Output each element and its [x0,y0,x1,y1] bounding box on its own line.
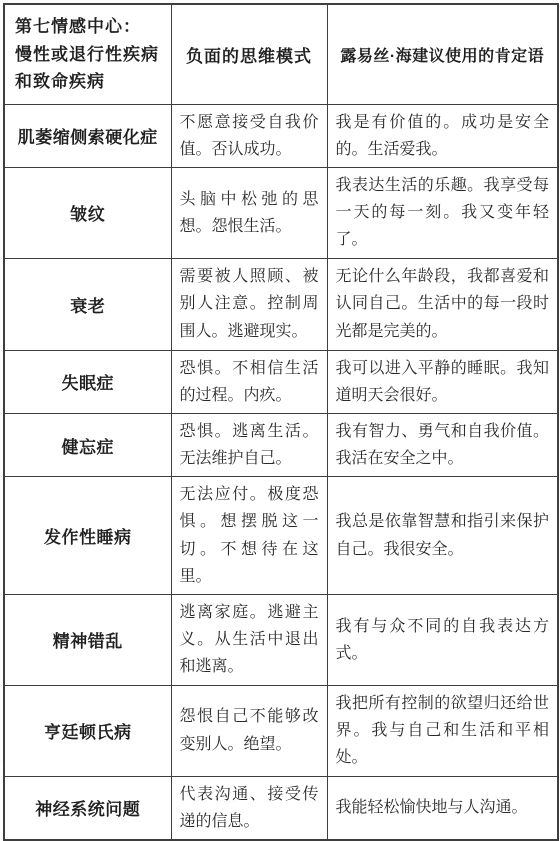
header-cell-emotion-center: 第七情感中心： 慢性或退行性疾病 和致命疾病 [4,4,171,104]
affirmation-cell: 我表达生活的乐趣。我享受每一天的每一刻。我又变年轻了。 [327,167,558,258]
disease-name-cell: 肌萎缩侧索硬化症 [4,104,171,167]
negative-pattern-cell: 逃离家庭。逃避主义。从生活中退出和逃离。 [171,595,327,686]
disease-name-cell: 亨廷顿氏病 [4,685,171,776]
table-row: 失眠症 恐惧。不相信生活的过程。内疚。 我可以进入平静的睡眠。我知道明天会很好。 [4,350,558,413]
table-row: 健忘症 恐惧。逃离生活。无法维护自己。 我有智力、勇气和自我价值。我活在安全之中… [4,413,558,476]
disease-name-cell: 精神错乱 [4,595,171,686]
disease-name-cell: 健忘症 [4,413,171,476]
disease-name-cell: 皱纹 [4,167,171,258]
header-cell-negative-pattern: 负面的思维模式 [171,4,327,104]
affirmation-cell: 我能轻松愉快地与人沟通。 [327,776,558,840]
negative-pattern-cell: 代表沟通、接受传递的信息。 [171,776,327,840]
table-row: 发作性睡病 无法应付。极度恐惧。想摆脱这一切。不想待在这里。 我总是依靠智慧和指… [4,477,558,595]
disease-name-cell: 发作性睡病 [4,477,171,595]
affirmation-cell: 我可以进入平静的睡眠。我知道明天会很好。 [327,350,558,413]
table-row: 衰老 需要被人照顾、被别人注意。控制周围人。逃避现实。 无论什么年龄段，我都喜爱… [4,258,558,350]
page: { "colors": { "border": "#3e3e3e", "text… [0,0,560,763]
table-row: 肌萎缩侧索硬化症 不愿意接受自我价值。否认成功。 我是有价值的。成功是安全的。生… [4,104,558,167]
affirmation-cell: 我是有价值的。成功是安全的。生活爱我。 [327,104,558,167]
table-row: 神经系统问题 代表沟通、接受传递的信息。 我能轻松愉快地与人沟通。 [4,776,558,840]
negative-pattern-cell: 不愿意接受自我价值。否认成功。 [171,104,327,167]
disease-name-cell: 衰老 [4,258,171,350]
affirmations-table: 第七情感中心： 慢性或退行性疾病 和致命疾病 负面的思维模式 露易丝·海建议使用… [3,3,559,841]
negative-pattern-cell: 头脑中松弛的思想。怨恨生活。 [171,167,327,258]
scanned-document-page: 第七情感中心： 慢性或退行性疾病 和致命疾病 负面的思维模式 露易丝·海建议使用… [0,0,560,763]
negative-pattern-cell: 恐惧。不相信生活的过程。内疚。 [171,350,327,413]
affirmation-cell: 我总是依靠智慧和指引来保护自己。我很安全。 [327,477,558,595]
negative-pattern-cell: 怨恨自己不能够改变别人。绝望。 [171,685,327,776]
negative-pattern-cell: 需要被人照顾、被别人注意。控制周围人。逃避现实。 [171,258,327,350]
negative-pattern-cell: 无法应付。极度恐惧。想摆脱这一切。不想待在这里。 [171,477,327,595]
header-row: 第七情感中心： 慢性或退行性疾病 和致命疾病 负面的思维模式 露易丝·海建议使用… [4,4,558,104]
table-row: 精神错乱 逃离家庭。逃避主义。从生活中退出和逃离。 我有与众不同的自我表达方式。 [4,595,558,686]
negative-pattern-cell: 恐惧。逃离生活。无法维护自己。 [171,413,327,476]
affirmation-cell: 无论什么年龄段，我都喜爱和认同自己。生活中的每一段时光都是完美的。 [327,258,558,350]
table-row: 皱纹 头脑中松弛的思想。怨恨生活。 我表达生活的乐趣。我享受每一天的每一刻。我又… [4,167,558,258]
table-row: 亨廷顿氏病 怨恨自己不能够改变别人。绝望。 我把所有控制的欲望归还给世界。我与自… [4,685,558,776]
affirmation-cell: 我有智力、勇气和自我价值。我活在安全之中。 [327,413,558,476]
header-cell-affirmation: 露易丝·海建议使用的肯定语 [327,4,558,104]
disease-name-cell: 失眠症 [4,350,171,413]
disease-name-cell: 神经系统问题 [4,776,171,840]
affirmation-cell: 我有与众不同的自我表达方式。 [327,595,558,686]
affirmation-cell: 我把所有控制的欲望归还给世界。我与自己和生活和平相处。 [327,685,558,776]
